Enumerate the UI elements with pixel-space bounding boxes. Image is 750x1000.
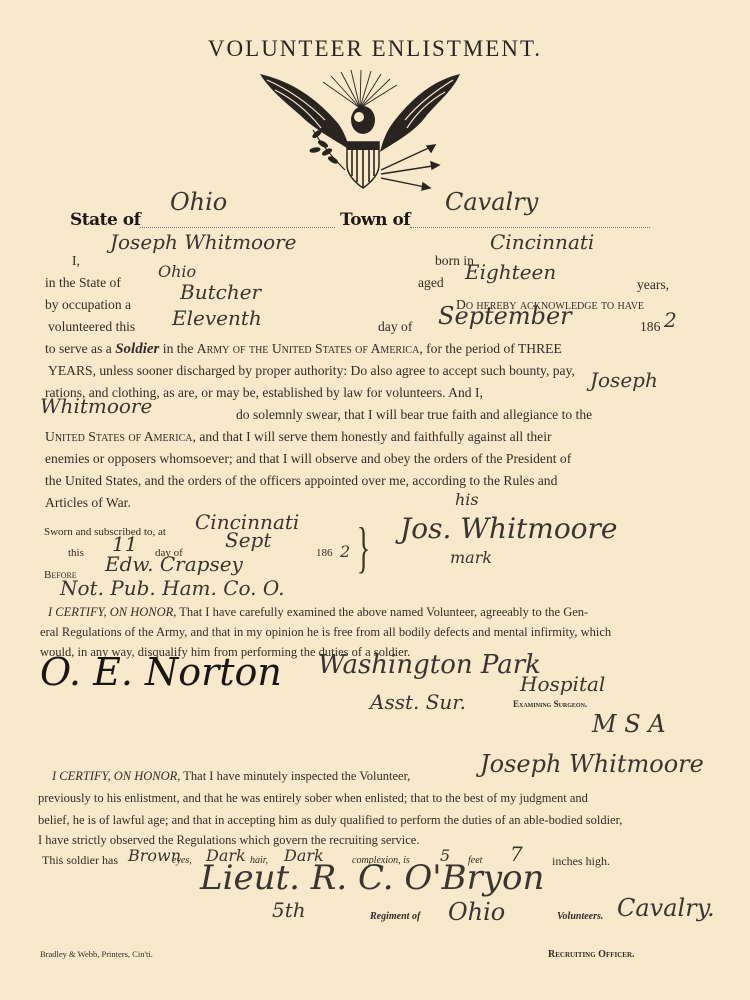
officer-cert-line3: belief, he is of lawful age; and that in… [38,814,622,827]
years-line: YEARS, unless sooner discharged by prope… [48,364,575,378]
oath-name-part2[interactable]: Whitmoore [40,394,152,418]
hospital-line1[interactable]: Washington Park [318,650,541,680]
brace-symbol: } [357,520,370,576]
branch-value[interactable]: Cavalry. [617,894,715,922]
sworn-label: Sworn and subscribed to, at [44,527,166,538]
printer-credit: Bradley & Webb, Printers, Cin'ti. [40,950,153,959]
recruiting-officer-label: Recruiting Officer. [548,950,635,960]
inspected-volunteer-name[interactable]: Joseph Whitmoore [480,750,704,778]
surgeon-signature[interactable]: O. E. Norton [40,650,282,694]
regiment-label: Regiment of [370,912,420,922]
surgeon-cert-line2: eral Regulations of the Army, and that i… [40,626,611,639]
day-value[interactable]: Eleventh [172,306,262,330]
occupation-value[interactable]: Butcher [180,280,261,304]
hospital-line2[interactable]: Hospital [520,672,605,696]
articles-line: Articles of War. [45,496,131,510]
in-state-label: in the State of [45,276,121,290]
volunteered-label: volunteered this [48,320,135,334]
occupation-label: by occupation a [45,298,131,312]
town-value[interactable]: Cavalry [445,188,538,216]
officer-cert-lead: I CERTIFY, ON HONOR, [52,769,180,783]
swear-line: do solemnly swear, that I will bear true… [236,408,592,422]
surgeon-unit[interactable]: M S A [592,710,666,738]
month-value[interactable]: September [438,302,572,330]
aged-label: aged [418,276,444,290]
town-label: Town of [340,210,410,230]
volunteer-signature[interactable]: Jos. Whitmoore [400,512,618,545]
serve-text-2: in the [159,341,196,356]
usa-text: United States of America [45,429,193,444]
regiment-value[interactable]: 5th [272,898,306,922]
state-label: State of [70,210,140,230]
town-field-line [410,226,650,228]
notary-name[interactable]: Edw. Crapsey [105,552,243,576]
usa-line: United States of America, and that I wil… [45,430,552,444]
notary-title[interactable]: Not. Pub. Ham. Co. O. [60,576,284,600]
regiment-state[interactable]: Ohio [448,898,505,926]
eyes-label: eyes, [172,856,192,866]
usa-rest-text: , and that I will serve them honestly an… [193,429,552,444]
desc-label: This soldier has [42,854,118,866]
volunteer-name[interactable]: Joseph Whitmoore [110,230,297,254]
surgeon-cert-line1: I CERTIFY, ON HONOR, That I have careful… [48,606,588,619]
soldier-word: Soldier [115,341,159,357]
surgeon-rank[interactable]: Asst. Sur. [370,690,466,714]
years-label: years, [637,278,669,292]
sworn-year-suffix[interactable]: 2 [340,542,350,561]
signature-his: his [455,490,479,509]
born-in-value[interactable]: Cincinnati [490,230,594,254]
aged-value[interactable]: Eighteen [465,260,556,284]
examining-surgeon-label: Examining Surgeon. [513,700,587,709]
signature-mark: mark [450,548,492,567]
sworn-month[interactable]: Sept [225,528,271,552]
year-prefix: 186 [640,320,660,334]
day-of-label: day of [378,320,412,334]
army-text: Army of the United States of America [197,341,420,356]
serve-line: to serve as a Soldier in the Army of the… [45,342,562,357]
inches-label: inches high. [552,855,610,867]
this-label: this [68,548,84,559]
recruiting-officer-signature[interactable]: Lieut. R. C. O'Bryon [200,858,544,898]
united-line: the United States, and the orders of the… [45,474,557,488]
document-title: VOLUNTEER ENLISTMENT. [0,36,750,62]
in-state-value[interactable]: Ohio [158,262,196,281]
officer-cert-text1: That I have minutely inspected the Volun… [180,769,410,783]
state-value[interactable]: Ohio [170,188,227,216]
officer-cert-line2: previously to his enlistment, and that h… [38,792,588,805]
serve-text-3: , for the period of THREE [419,341,561,356]
oath-name-part1[interactable]: Joseph [590,368,658,392]
surgeon-cert-lead: I CERTIFY, ON HONOR, [48,605,176,619]
sworn-year-prefix: 186 [316,548,333,559]
year-suffix[interactable]: 2 [664,308,677,332]
state-field-line [140,226,335,228]
eagle-emblem-icon [255,70,465,195]
officer-cert-line4: I have strictly observed the Regulations… [38,834,419,847]
officer-cert-line1: I CERTIFY, ON HONOR, That I have minutel… [52,770,410,783]
volunteers-label: Volunteers. [557,912,603,922]
serve-text-1: to serve as a [45,341,115,356]
i-label: I, [72,254,80,268]
surgeon-cert-text1: That I have carefully examined the above… [176,605,588,619]
enemies-line: enemies or opposers whomsoever; and that… [45,452,571,466]
